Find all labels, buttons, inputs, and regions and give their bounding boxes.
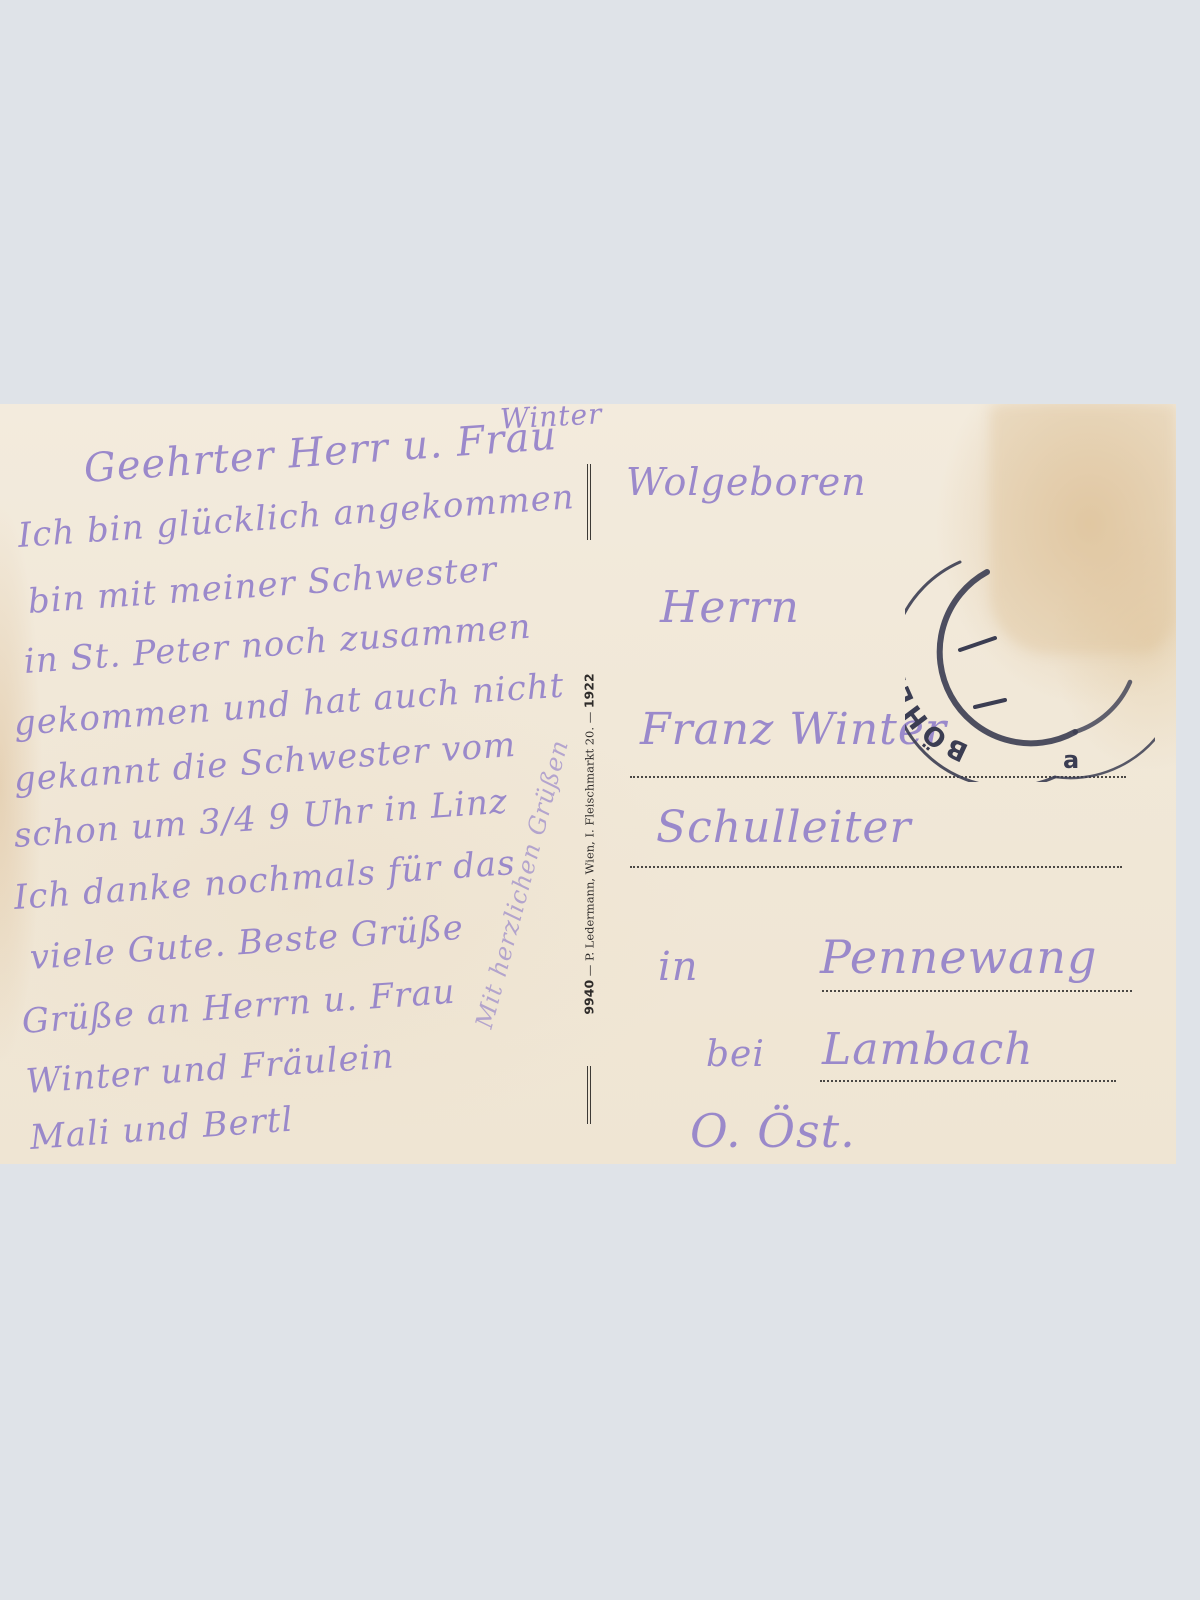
message-line: Winter und Fräulein	[25, 1036, 396, 1102]
divider-line-top	[590, 464, 591, 540]
imprint-separator: —	[583, 965, 597, 977]
postmark-stamp: BÖHLE a	[905, 532, 1155, 782]
address-line-3	[822, 990, 1132, 992]
divider-line-bottom	[587, 1066, 588, 1124]
message-line: Grüße an Herrn u. Frau	[21, 972, 457, 1042]
address-town: Pennewang	[820, 930, 1097, 984]
imprint-separator: —	[583, 712, 597, 724]
address-region: O. Öst.	[690, 1104, 856, 1158]
address-line-4	[820, 1080, 1116, 1082]
address-title: Herrn	[660, 582, 800, 633]
message-line: Mali und Bertl	[29, 1100, 295, 1158]
publisher-imprint: 9940 — P. Ledermann, Wien, I. Fleischmar…	[582, 673, 597, 1014]
address-name: Franz Winter	[640, 704, 947, 755]
address-prefix-in: in	[658, 944, 699, 990]
divider: 9940 — P. Ledermann, Wien, I. Fleischmar…	[570, 464, 610, 1124]
address-near: Lambach	[822, 1024, 1034, 1075]
message-line: Ich danke nochmals für das	[13, 843, 517, 918]
postmark-icon: BÖHLE a	[905, 532, 1155, 782]
imprint-publisher: P. Ledermann, Wien, I. Fleischmarkt 20.	[583, 727, 597, 961]
page-background: Winter Geehrter Herr u. Frau Ich bin glü…	[0, 0, 1200, 1600]
address-line-2	[630, 866, 1122, 868]
divider-line-top	[587, 464, 588, 540]
message-line: in St. Peter noch zusammen	[23, 607, 533, 682]
message-line: bin mit meiner Schwester	[27, 549, 499, 622]
postmark-letter: a	[1063, 746, 1079, 774]
address-prefix-bei: bei	[706, 1034, 765, 1075]
message-line: Geehrter Herr u. Frau	[82, 413, 558, 492]
address-occupation: Schulleiter	[656, 802, 911, 853]
imprint-number: 9940	[582, 980, 597, 1015]
postcard: Winter Geehrter Herr u. Frau Ich bin glü…	[0, 404, 1176, 1164]
message-line: viele Gute. Beste Grüße	[29, 908, 465, 978]
address-salutation: Wolgeboren	[626, 460, 867, 504]
imprint-year: 1922	[582, 673, 597, 708]
divider-line-bottom	[590, 1066, 591, 1124]
